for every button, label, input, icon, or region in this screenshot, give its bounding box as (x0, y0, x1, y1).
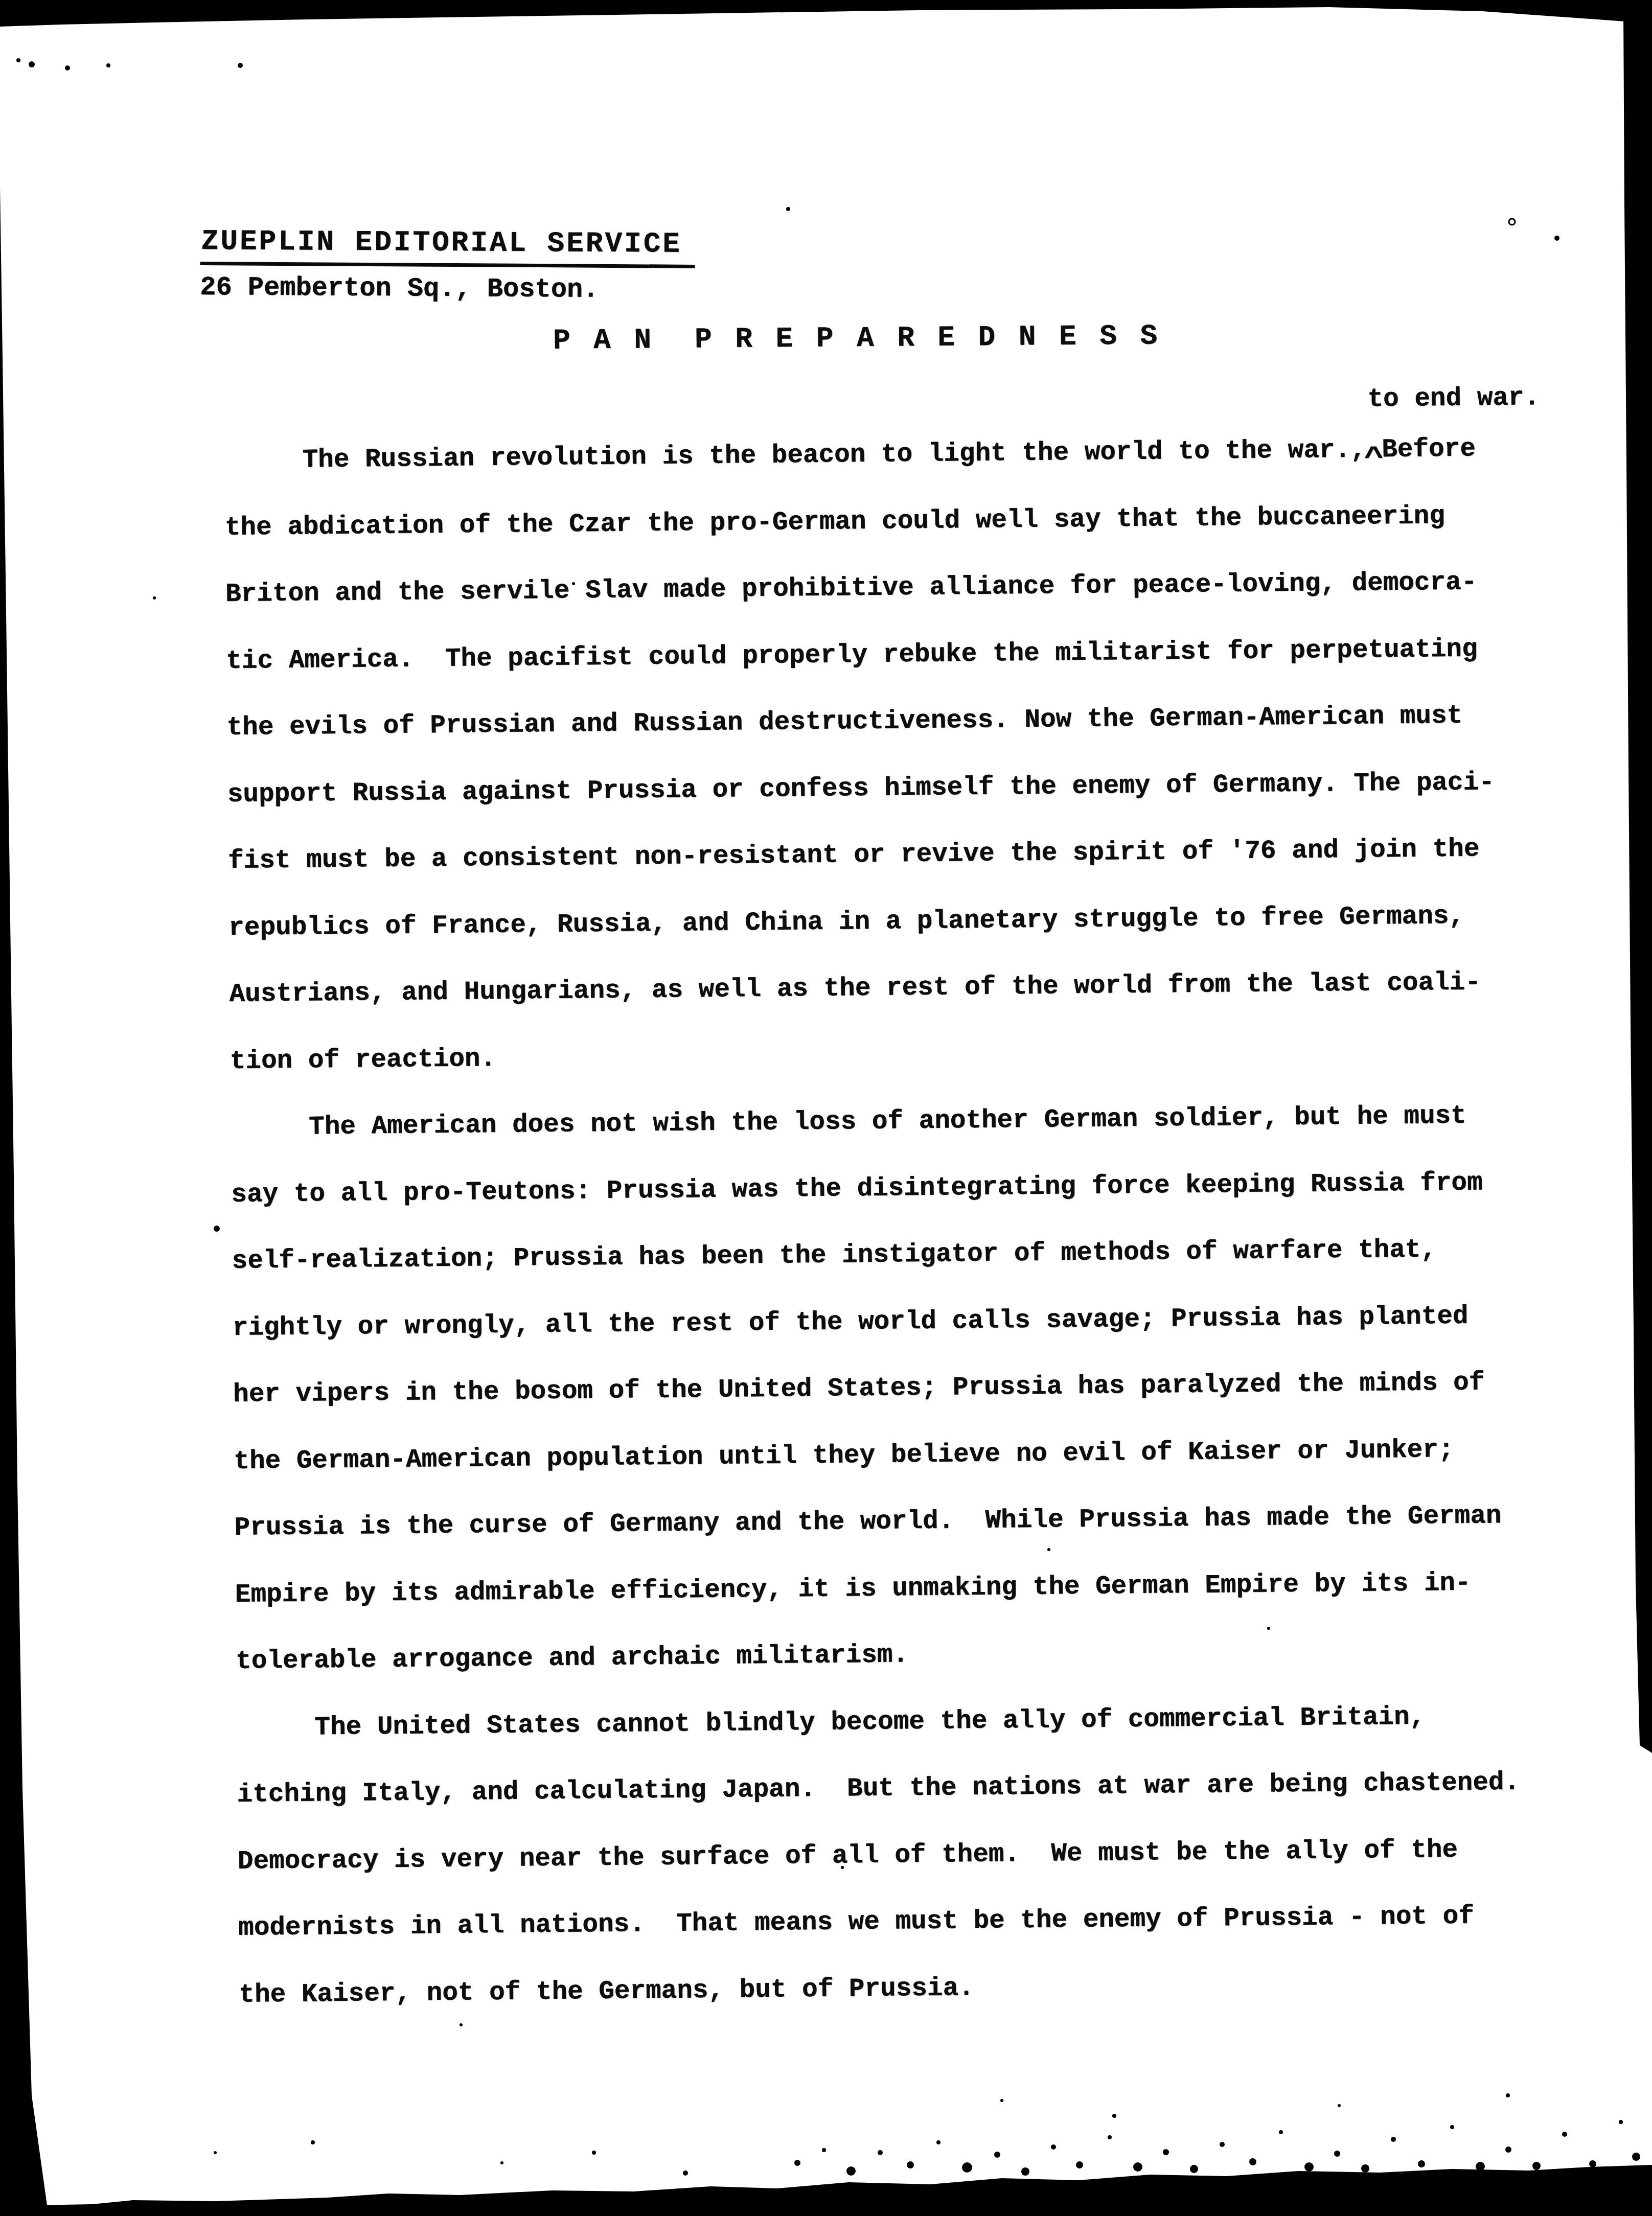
typed-line: fist must be a consistent non-resistant … (228, 816, 1568, 895)
typed-line: The United States cannot blindly become … (236, 1682, 1576, 1762)
typed-line: the evils of Prussian and Russian destru… (226, 682, 1566, 762)
scan-left-wedge (0, 187, 49, 2216)
typed-line: Prussia is the curse of Germany and the … (234, 1483, 1574, 1562)
typed-line: The Russian revolution is the beacon to … (224, 415, 1564, 495)
scanned-document-page: ZUEPLIN EDITORIAL SERVICE 26 Pemberton S… (0, 0, 1652, 2216)
typed-line: say to all pro-Teutons: Prussia was the … (231, 1149, 1571, 1229)
typed-line: republics of France, Russia, and China i… (228, 882, 1568, 962)
typed-line: itching Italy, and calculating Japan. Bu… (237, 1749, 1576, 1829)
typed-line: support Russia against Prussia or confes… (227, 749, 1567, 828)
typed-line: her vipers in the bosom of the United St… (233, 1349, 1573, 1429)
inserted-text: to end war. (1367, 383, 1540, 415)
typed-line: self-realization; Prussia has been the i… (232, 1216, 1571, 1296)
typed-line: rightly or wrongly, all the rest of the … (232, 1282, 1572, 1362)
typed-line: Austrians, and Hungarians, as well as th… (229, 949, 1569, 1029)
scan-top-bar (0, 0, 1652, 27)
typed-line: Democracy is very near the surface of al… (237, 1816, 1577, 1896)
typed-line: the German-American population until the… (234, 1416, 1573, 1495)
typed-line: tic America. The pacifist could properly… (226, 615, 1566, 695)
letterhead: ZUEPLIN EDITORIAL SERVICE 26 Pemberton S… (200, 226, 695, 305)
typed-body: to end war. The Russian revolution is th… (224, 415, 1578, 2029)
caret-insertion-mark: ^ (1364, 425, 1384, 492)
typed-line: modernists in all nations. That means we… (238, 1883, 1578, 1963)
typed-line: the abdication of the Czar the pro-Germa… (224, 482, 1564, 562)
typed-line: tion of reaction. (230, 1015, 1569, 1095)
typed-line: tolerable arrogance and archaic militari… (236, 1616, 1575, 1696)
typed-line: The American does not wish the loss of a… (231, 1082, 1570, 1162)
page-title: P A N P R E P A R E D N E S S (553, 319, 1161, 357)
typed-line-pre: The Russian revolution is the beacon to … (224, 436, 1366, 476)
scan-right-strip (1623, 10, 1652, 1753)
typed-line: Empire by its admirable efficiency, it i… (235, 1549, 1574, 1629)
typed-line-post: Before (1382, 434, 1476, 465)
typed-line: Briton and the servile Slav made prohibi… (225, 549, 1565, 629)
scan-bottom-band (0, 2165, 1652, 2216)
service-name: ZUEPLIN EDITORIAL SERVICE (200, 226, 696, 268)
address-line: 26 Pemberton Sq., Boston. (200, 273, 695, 305)
typed-line: the Kaiser, not of the Germans, but of P… (239, 1949, 1578, 2029)
